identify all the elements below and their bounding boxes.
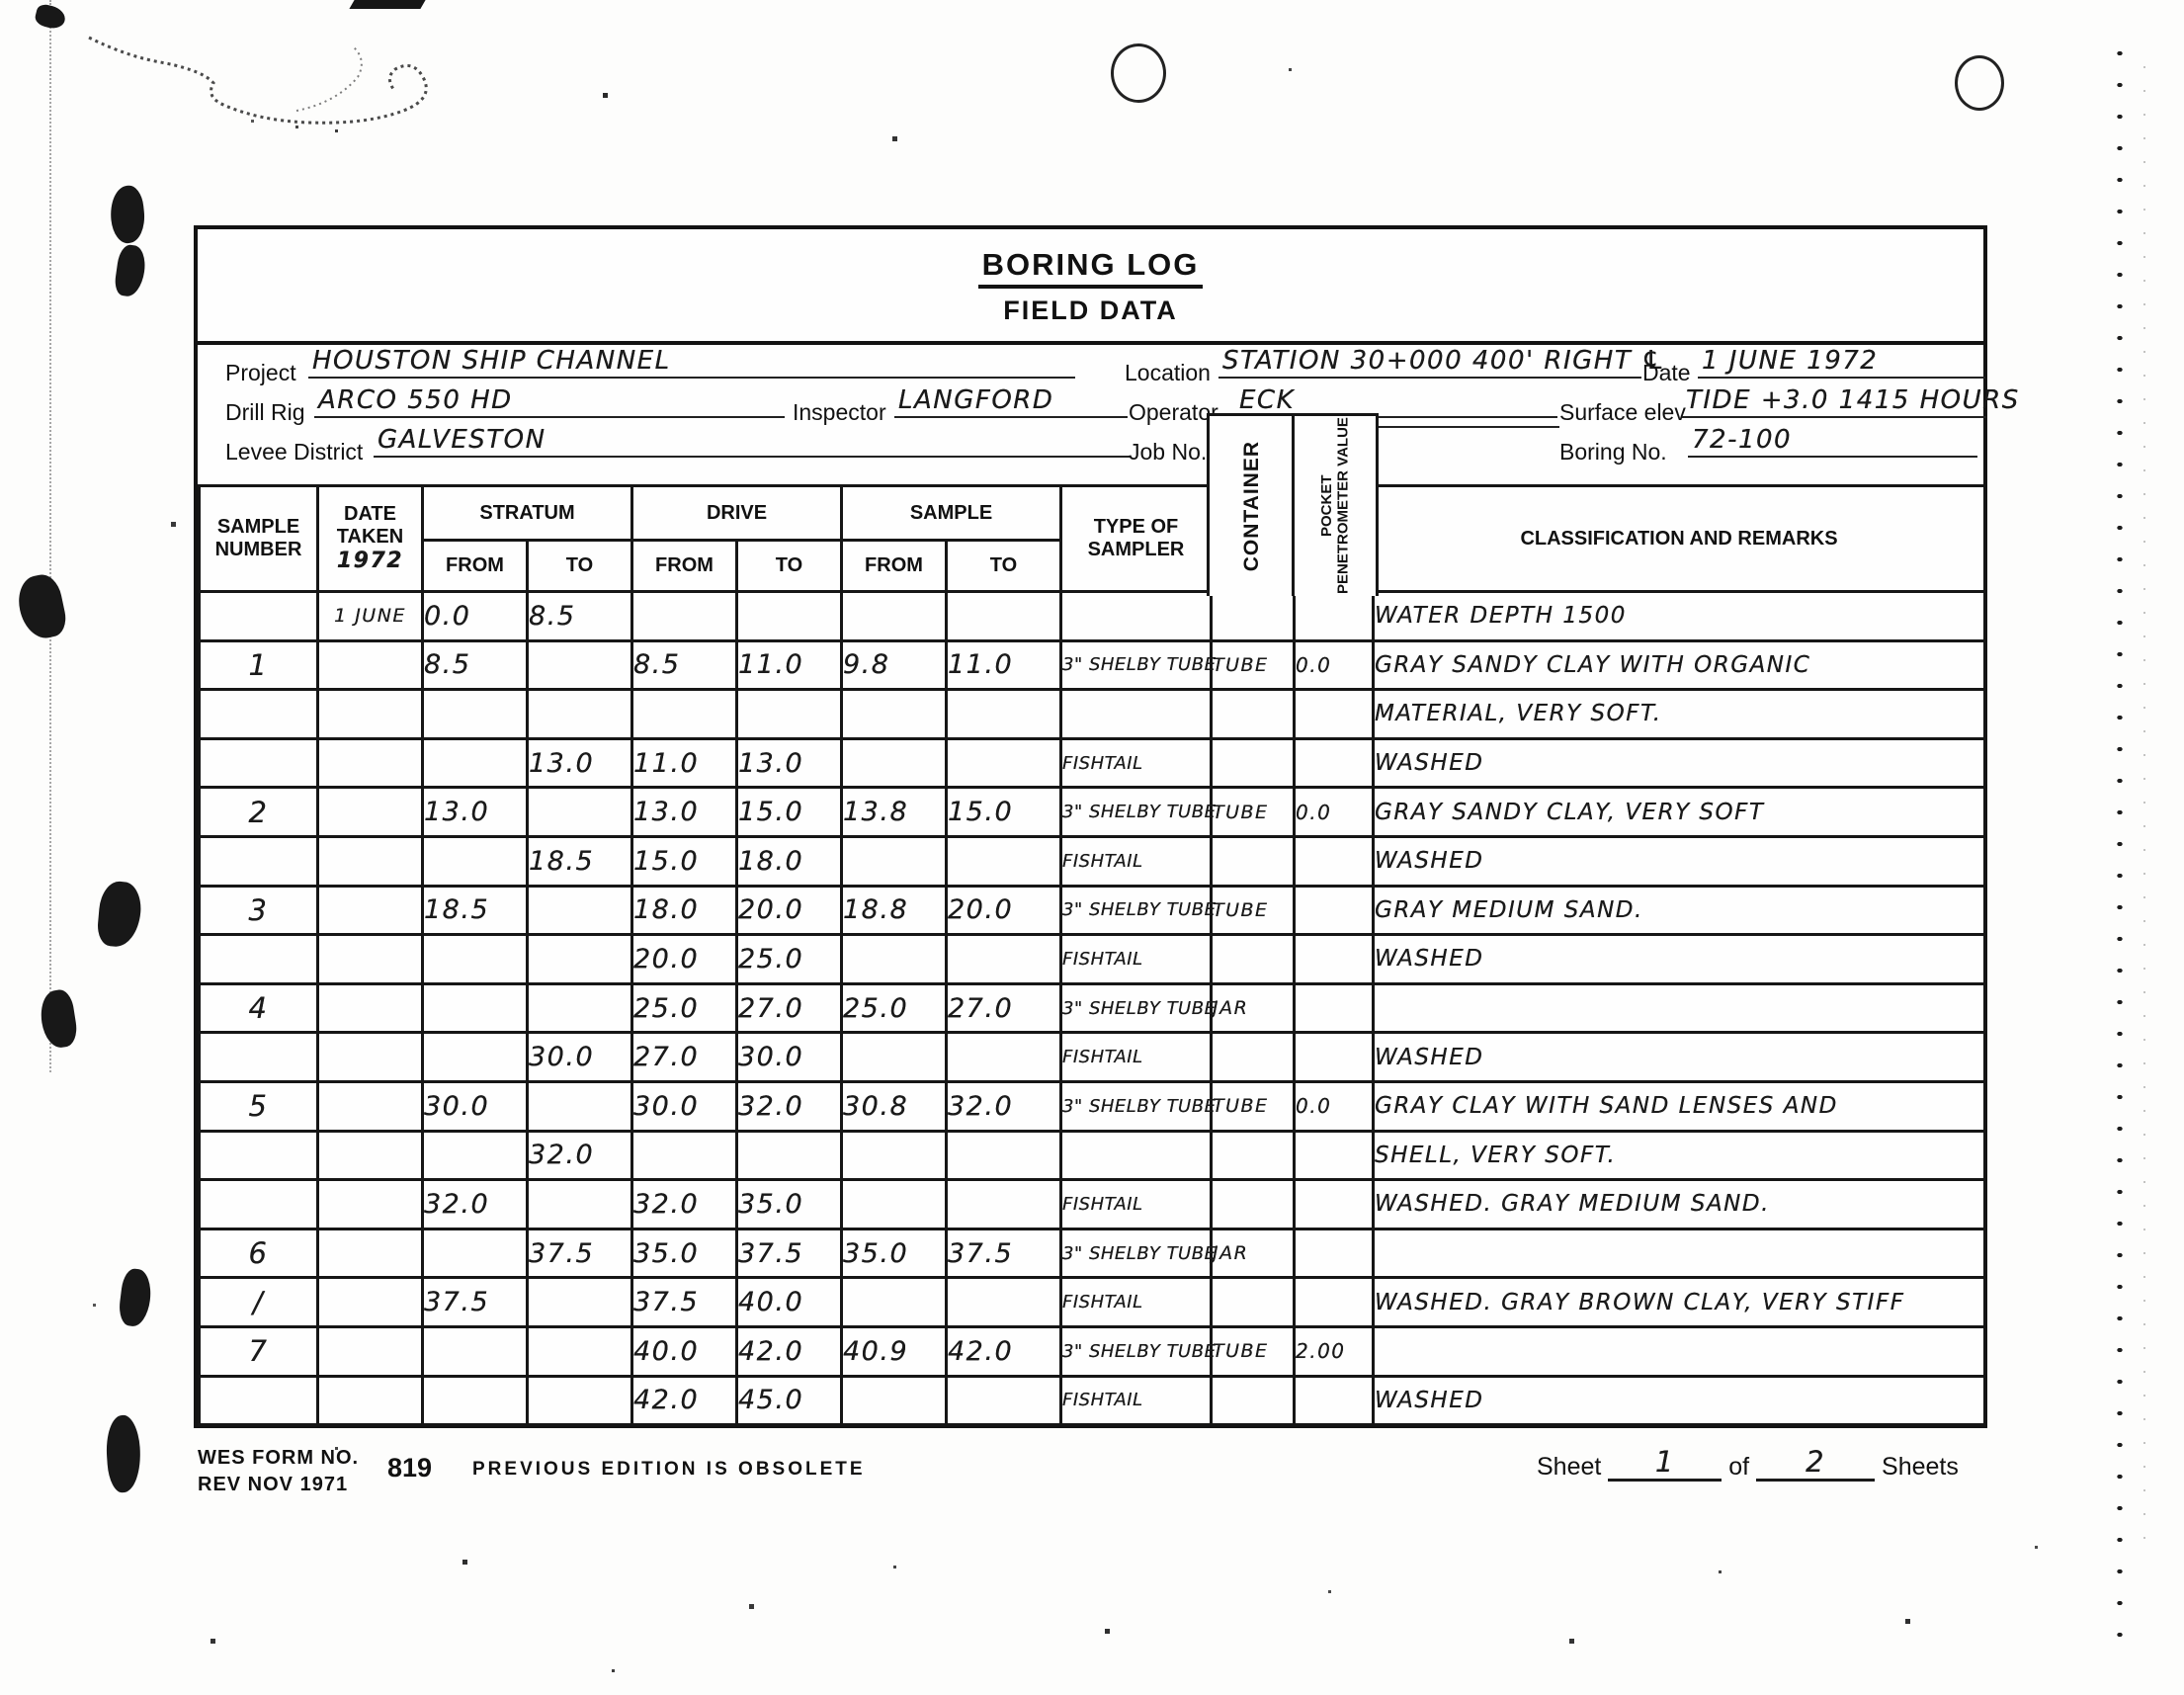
form-title: BORING LOG bbox=[978, 247, 1204, 289]
of-label: of bbox=[1728, 1453, 1749, 1482]
table-cell bbox=[423, 738, 528, 788]
table-cell bbox=[423, 690, 528, 739]
table-cell bbox=[200, 592, 318, 641]
table-cell bbox=[947, 1180, 1061, 1229]
table-cell: 13.0 bbox=[528, 738, 632, 788]
table-cell bbox=[1212, 1131, 1295, 1180]
table-cell bbox=[1295, 738, 1374, 788]
table-cell bbox=[1212, 1376, 1295, 1425]
table-cell bbox=[737, 690, 842, 739]
table-cell: 37.5 bbox=[423, 1278, 528, 1327]
table-cell: WASHED bbox=[1374, 935, 1985, 984]
table-cell: FISHTAIL bbox=[1061, 836, 1212, 886]
project-value: HOUSTON SHIP CHANNEL bbox=[308, 346, 1075, 379]
table-cell bbox=[423, 935, 528, 984]
table-cell bbox=[318, 983, 423, 1033]
header-stratum-to: TO bbox=[528, 541, 632, 592]
table-cell bbox=[200, 836, 318, 886]
levee-district-value: GALVESTON bbox=[374, 425, 1131, 458]
table-cell: FISHTAIL bbox=[1061, 1180, 1212, 1229]
table-cell bbox=[947, 592, 1061, 641]
ink-blot-artifact bbox=[114, 243, 148, 297]
table-row: 13.011.013.0FISHTAILWASHED bbox=[200, 738, 1985, 788]
table-cell: TUBE bbox=[1212, 886, 1295, 935]
header-drive: DRIVE bbox=[632, 486, 842, 541]
table-cell bbox=[842, 1376, 947, 1425]
table-cell: WASHED bbox=[1374, 1033, 1985, 1082]
sheet-count-block: Sheet 1 of 2 Sheets bbox=[1537, 1445, 1959, 1482]
table-cell: JAR bbox=[1212, 983, 1295, 1033]
sheet-number: 1 bbox=[1655, 1445, 1675, 1479]
table-cell bbox=[947, 836, 1061, 886]
table-cell: TUBE bbox=[1212, 1326, 1295, 1376]
table-cell: WASHED bbox=[1374, 738, 1985, 788]
form-number: 819 bbox=[387, 1453, 432, 1483]
table-cell bbox=[423, 1229, 528, 1278]
table-cell: TUBE bbox=[1212, 788, 1295, 837]
table-cell bbox=[200, 738, 318, 788]
table-cell: GRAY MEDIUM SAND. bbox=[1374, 886, 1985, 935]
table-cell: 30.0 bbox=[632, 1081, 737, 1131]
table-cell: 32.0 bbox=[423, 1180, 528, 1229]
table-row: 18.58.511.09.811.03" SHELBY TUBETUBE0.0G… bbox=[200, 640, 1985, 690]
table-cell: 45.0 bbox=[737, 1376, 842, 1425]
location-label: Location bbox=[1125, 360, 1211, 386]
header-classification: CLASSIFICATION AND REMARKS bbox=[1374, 486, 1985, 592]
table-cell: 30.0 bbox=[528, 1033, 632, 1082]
table-cell: 0.0 bbox=[1295, 1081, 1374, 1131]
table-cell: MATERIAL, VERY SOFT. bbox=[1374, 690, 1985, 739]
table-row: 30.027.030.0FISHTAILWASHED bbox=[200, 1033, 1985, 1082]
table-cell bbox=[1295, 1131, 1374, 1180]
ink-blot-artifact bbox=[118, 1267, 154, 1327]
table-cell: GRAY SANDY CLAY, VERY SOFT bbox=[1374, 788, 1985, 837]
header-sample-number: SAMPLE NUMBER bbox=[200, 486, 318, 592]
table-row: /37.537.540.0FISHTAILWASHED. GRAY BROWN … bbox=[200, 1278, 1985, 1327]
scanned-boring-log-page: BORING LOG FIELD DATA Project HOUSTON SH… bbox=[0, 0, 2184, 1695]
sheet-label: Sheet bbox=[1537, 1453, 1601, 1482]
wes-form-line1: WES FORM NO. bbox=[198, 1447, 359, 1469]
date-label: Date bbox=[1642, 360, 1691, 386]
header-sample-to: TO bbox=[947, 541, 1061, 592]
table-cell: 25.0 bbox=[842, 983, 947, 1033]
table-cell: 18.0 bbox=[737, 836, 842, 886]
table-cell: 2.00 bbox=[1295, 1326, 1374, 1376]
table-cell bbox=[528, 1326, 632, 1376]
table-cell bbox=[947, 1376, 1061, 1425]
sheets-total: 2 bbox=[1806, 1445, 1825, 1479]
scan-edge-mark bbox=[349, 0, 425, 9]
table-cell: 42.0 bbox=[737, 1326, 842, 1376]
table-cell bbox=[200, 935, 318, 984]
table-cell bbox=[318, 1180, 423, 1229]
table-cell: 27.0 bbox=[632, 1033, 737, 1082]
table-cell bbox=[318, 935, 423, 984]
table-row: 425.027.025.027.03" SHELBY TUBEJAR bbox=[200, 983, 1985, 1033]
table-cell bbox=[318, 1278, 423, 1327]
table-cell: 11.0 bbox=[632, 738, 737, 788]
table-cell bbox=[528, 1376, 632, 1425]
table-cell bbox=[1212, 935, 1295, 984]
table-cell: 3" SHELBY TUBE bbox=[1061, 1081, 1212, 1131]
table-cell bbox=[842, 836, 947, 886]
table-cell bbox=[842, 1180, 947, 1229]
table-cell: 1 JUNE bbox=[318, 592, 423, 641]
table-cell bbox=[842, 1131, 947, 1180]
table-cell bbox=[1295, 1376, 1374, 1425]
table-cell: 32.0 bbox=[632, 1180, 737, 1229]
table-cell: 20.0 bbox=[947, 886, 1061, 935]
header-drive-to: TO bbox=[737, 541, 842, 592]
header-container-box: CONTAINER bbox=[1207, 413, 1298, 596]
table-cell bbox=[1295, 836, 1374, 886]
table-cell: TUBE bbox=[1212, 640, 1295, 690]
table-cell bbox=[200, 1131, 318, 1180]
table-cell bbox=[1212, 1033, 1295, 1082]
header-date-taken-label: DATE TAKEN bbox=[337, 503, 403, 548]
table-cell: / bbox=[200, 1278, 318, 1327]
table-cell bbox=[318, 640, 423, 690]
table-cell bbox=[318, 836, 423, 886]
table-cell: 2 bbox=[200, 788, 318, 837]
table-cell: WATER DEPTH 1500 bbox=[1374, 592, 1985, 641]
boring-no-value: 72-100 bbox=[1688, 425, 1977, 458]
table-cell bbox=[318, 1033, 423, 1082]
table-cell bbox=[318, 1131, 423, 1180]
table-row: 20.025.0FISHTAILWASHED bbox=[200, 935, 1985, 984]
table-cell: GRAY CLAY WITH SAND LENSES AND bbox=[1374, 1081, 1985, 1131]
table-cell: 37.5 bbox=[737, 1229, 842, 1278]
table-cell bbox=[1295, 1229, 1374, 1278]
table-cell bbox=[1061, 592, 1212, 641]
table-cell: FISHTAIL bbox=[1061, 1278, 1212, 1327]
ink-blot-artifact bbox=[104, 1414, 142, 1493]
date-value: 1 JUNE 1972 bbox=[1698, 346, 1985, 379]
sheets-total-slot: 2 bbox=[1756, 1445, 1875, 1482]
table-cell: 13.0 bbox=[632, 788, 737, 837]
table-cell bbox=[528, 788, 632, 837]
form-subtitle: FIELD DATA bbox=[198, 296, 1983, 326]
table-cell bbox=[528, 1081, 632, 1131]
table-cell: 9.8 bbox=[842, 640, 947, 690]
table-cell: 37.5 bbox=[947, 1229, 1061, 1278]
table-cell bbox=[318, 690, 423, 739]
table-cell: 7 bbox=[200, 1326, 318, 1376]
table-cell: 18.5 bbox=[423, 886, 528, 935]
header-container: CONTAINER bbox=[1240, 441, 1263, 571]
table-cell bbox=[1295, 1278, 1374, 1327]
table-cell bbox=[1212, 690, 1295, 739]
table-cell: 30.0 bbox=[737, 1033, 842, 1082]
table-cell bbox=[318, 1081, 423, 1131]
table-cell: FISHTAIL bbox=[1061, 738, 1212, 788]
table-cell bbox=[632, 1131, 737, 1180]
table-cell bbox=[423, 836, 528, 886]
header-pocket-penetrometer-box: POCKET PENETROMETER VALUE bbox=[1292, 413, 1379, 596]
obsolete-note: PREVIOUS EDITION IS OBSOLETE bbox=[472, 1459, 866, 1481]
levee-district-label: Levee District bbox=[225, 439, 363, 466]
table-cell: FISHTAIL bbox=[1061, 935, 1212, 984]
table-cell bbox=[528, 935, 632, 984]
table-row: 1 JUNE0.08.5WATER DEPTH 1500 bbox=[200, 592, 1985, 641]
page-edge-line bbox=[49, 0, 51, 1072]
table-row: MATERIAL, VERY SOFT. bbox=[200, 690, 1985, 739]
table-cell: 0.0 bbox=[423, 592, 528, 641]
table-cell bbox=[1212, 836, 1295, 886]
table-cell bbox=[200, 1376, 318, 1425]
table-cell: 1 bbox=[200, 640, 318, 690]
table-cell bbox=[947, 1278, 1061, 1327]
binding-perforation-dots bbox=[2141, 59, 2148, 1542]
table-cell bbox=[1374, 1229, 1985, 1278]
table-row: 42.045.0FISHTAILWASHED bbox=[200, 1376, 1985, 1425]
ink-blot-artifact bbox=[14, 571, 69, 642]
table-cell bbox=[1295, 886, 1374, 935]
table-cell: 37.5 bbox=[632, 1278, 737, 1327]
table-cell bbox=[1295, 935, 1374, 984]
boring-log-table: SAMPLE NUMBER DATE TAKEN 1972 STRATUM DR… bbox=[198, 484, 1986, 1426]
table-cell: JAR bbox=[1212, 1229, 1295, 1278]
table-cell bbox=[528, 983, 632, 1033]
table-cell bbox=[318, 738, 423, 788]
table-cell: 13.8 bbox=[842, 788, 947, 837]
table-cell: 3" SHELBY TUBE bbox=[1061, 886, 1212, 935]
table-cell bbox=[947, 1131, 1061, 1180]
sheet-number-slot: 1 bbox=[1608, 1445, 1722, 1482]
table-cell: 30.8 bbox=[842, 1081, 947, 1131]
table-cell bbox=[1295, 690, 1374, 739]
table-cell bbox=[528, 1180, 632, 1229]
table-cell bbox=[842, 935, 947, 984]
table-cell: 35.0 bbox=[842, 1229, 947, 1278]
table-cell bbox=[842, 592, 947, 641]
table-cell bbox=[842, 1278, 947, 1327]
table-cell bbox=[200, 1033, 318, 1082]
location-value: STATION 30+000 400' RIGHT ℄ bbox=[1218, 346, 1641, 379]
table-cell bbox=[528, 1278, 632, 1327]
table-cell: 3" SHELBY TUBE bbox=[1061, 788, 1212, 837]
table-cell: 18.5 bbox=[528, 836, 632, 886]
table-cell: 13.0 bbox=[423, 788, 528, 837]
table-cell: 3 bbox=[200, 886, 318, 935]
table-row: 530.030.032.030.832.03" SHELBY TUBETUBE0… bbox=[200, 1081, 1985, 1131]
table-cell: 40.0 bbox=[737, 1278, 842, 1327]
table-cell bbox=[1295, 1033, 1374, 1082]
table-row: 318.518.020.018.820.03" SHELBY TUBETUBEG… bbox=[200, 886, 1985, 935]
table-cell: 25.0 bbox=[632, 983, 737, 1033]
table-cell: WASHED bbox=[1374, 836, 1985, 886]
wes-form-number-block: WES FORM NO. REV NOV 1971 bbox=[198, 1445, 359, 1498]
sheets-label: Sheets bbox=[1882, 1453, 1959, 1482]
header-date-taken: DATE TAKEN 1972 bbox=[318, 486, 423, 592]
table-cell: WASHED bbox=[1374, 1376, 1985, 1425]
table-cell: 27.0 bbox=[737, 983, 842, 1033]
table-cell bbox=[423, 1326, 528, 1376]
header-sample: SAMPLE bbox=[842, 486, 1061, 541]
table-cell: 3" SHELBY TUBE bbox=[1061, 1326, 1212, 1376]
scan-noise-specks bbox=[0, 0, 1, 1]
surface-elev-label: Surface elev bbox=[1559, 399, 1686, 426]
table-cell bbox=[200, 690, 318, 739]
table-cell bbox=[318, 788, 423, 837]
table-cell bbox=[1212, 738, 1295, 788]
table-cell: 42.0 bbox=[947, 1326, 1061, 1376]
header-sample-from: FROM bbox=[842, 541, 947, 592]
table-cell bbox=[200, 1180, 318, 1229]
table-cell bbox=[632, 592, 737, 641]
table-cell: 15.0 bbox=[632, 836, 737, 886]
table-cell bbox=[528, 640, 632, 690]
table-cell bbox=[737, 1131, 842, 1180]
ink-blot-artifact bbox=[38, 988, 80, 1051]
table-cell bbox=[1212, 1180, 1295, 1229]
header-type-of-sampler: TYPE OF SAMPLER bbox=[1061, 486, 1212, 592]
header-pocket-penetrometer: POCKET PENETROMETER VALUE bbox=[1319, 416, 1352, 596]
table-cell bbox=[1295, 983, 1374, 1033]
table-cell: 18.0 bbox=[632, 886, 737, 935]
table-cell bbox=[1212, 592, 1295, 641]
table-cell bbox=[318, 886, 423, 935]
table-cell bbox=[1212, 1278, 1295, 1327]
torn-paper-artifact bbox=[0, 0, 474, 138]
table-cell: 20.0 bbox=[632, 935, 737, 984]
table-cell: 37.5 bbox=[528, 1229, 632, 1278]
table-cell bbox=[842, 738, 947, 788]
table-cell: WASHED. GRAY BROWN CLAY, VERY STIFF bbox=[1374, 1278, 1985, 1327]
job-no-label: Job No. bbox=[1129, 439, 1207, 466]
table-cell bbox=[737, 592, 842, 641]
table-cell: 8.5 bbox=[423, 640, 528, 690]
ink-blot-artifact bbox=[108, 184, 147, 244]
table-cell bbox=[1295, 592, 1374, 641]
header-drive-from: FROM bbox=[632, 541, 737, 592]
table-cell bbox=[842, 1033, 947, 1082]
table-body: 1 JUNE0.08.5WATER DEPTH 150018.58.511.09… bbox=[200, 592, 1985, 1425]
header-stratum-from: FROM bbox=[423, 541, 528, 592]
table-cell bbox=[1374, 1326, 1985, 1376]
table-row: 32.0SHELL, VERY SOFT. bbox=[200, 1131, 1985, 1180]
table-cell: 15.0 bbox=[947, 788, 1061, 837]
table-cell: 42.0 bbox=[632, 1376, 737, 1425]
table-cell: 20.0 bbox=[737, 886, 842, 935]
table-cell bbox=[318, 1326, 423, 1376]
table-row: 740.042.040.942.03" SHELBY TUBETUBE2.00 bbox=[200, 1326, 1985, 1376]
wes-form-line2: REV NOV 1971 bbox=[198, 1474, 348, 1495]
table-cell: 3" SHELBY TUBE bbox=[1061, 983, 1212, 1033]
table-cell: 27.0 bbox=[947, 983, 1061, 1033]
table-cell bbox=[1374, 983, 1985, 1033]
table-cell: GRAY SANDY CLAY WITH ORGANIC bbox=[1374, 640, 1985, 690]
table-cell: SHELL, VERY SOFT. bbox=[1374, 1131, 1985, 1180]
table-cell: 32.0 bbox=[737, 1081, 842, 1131]
table-cell: 35.0 bbox=[632, 1229, 737, 1278]
table-cell: 30.0 bbox=[423, 1081, 528, 1131]
boring-log-form: BORING LOG FIELD DATA Project HOUSTON SH… bbox=[194, 225, 1987, 1428]
table-cell: 0.0 bbox=[1295, 788, 1374, 837]
table-row: 18.515.018.0FISHTAILWASHED bbox=[200, 836, 1985, 886]
table-cell bbox=[842, 690, 947, 739]
table-cell: 15.0 bbox=[737, 788, 842, 837]
drill-rig-value: ARCO 550 HD bbox=[314, 385, 785, 418]
drill-rig-label: Drill Rig bbox=[225, 399, 305, 426]
project-label: Project bbox=[225, 360, 296, 386]
table-cell: 25.0 bbox=[737, 935, 842, 984]
table-cell: 35.0 bbox=[737, 1180, 842, 1229]
table-cell: 0.0 bbox=[1295, 640, 1374, 690]
inspector-value: LANGFORD bbox=[894, 385, 1128, 418]
table-cell: 40.0 bbox=[632, 1326, 737, 1376]
table-row: 32.032.035.0FISHTAILWASHED. GRAY MEDIUM … bbox=[200, 1180, 1985, 1229]
table-cell: 32.0 bbox=[947, 1081, 1061, 1131]
table-cell: 3" SHELBY TUBE bbox=[1061, 640, 1212, 690]
table-cell: 8.5 bbox=[632, 640, 737, 690]
table-cell: TUBE bbox=[1212, 1081, 1295, 1131]
table-cell bbox=[947, 738, 1061, 788]
table-cell bbox=[632, 690, 737, 739]
table-cell bbox=[528, 886, 632, 935]
table-cell: 8.5 bbox=[528, 592, 632, 641]
table-cell bbox=[423, 983, 528, 1033]
table-cell bbox=[1061, 1131, 1212, 1180]
ink-blot-artifact bbox=[96, 880, 143, 948]
boring-no-label: Boring No. bbox=[1559, 439, 1667, 466]
punch-hole bbox=[1111, 43, 1166, 103]
table-cell: 4 bbox=[200, 983, 318, 1033]
table-cell bbox=[423, 1131, 528, 1180]
table-cell bbox=[318, 1376, 423, 1425]
table-row: 213.013.015.013.815.03" SHELBY TUBETUBE0… bbox=[200, 788, 1985, 837]
inspector-label: Inspector bbox=[793, 399, 886, 426]
table-cell: 40.9 bbox=[842, 1326, 947, 1376]
table-cell bbox=[528, 690, 632, 739]
table-cell: WASHED. GRAY MEDIUM SAND. bbox=[1374, 1180, 1985, 1229]
table-cell bbox=[947, 935, 1061, 984]
table-cell bbox=[423, 1033, 528, 1082]
table-cell: FISHTAIL bbox=[1061, 1376, 1212, 1425]
table-cell bbox=[318, 1229, 423, 1278]
table-cell bbox=[947, 1033, 1061, 1082]
table-cell: 11.0 bbox=[737, 640, 842, 690]
table-cell: FISHTAIL bbox=[1061, 1033, 1212, 1082]
table-cell: 6 bbox=[200, 1229, 318, 1278]
table-cell bbox=[423, 1376, 528, 1425]
table-cell: 32.0 bbox=[528, 1131, 632, 1180]
table-cell: 3" SHELBY TUBE bbox=[1061, 1229, 1212, 1278]
form-title-block: BORING LOG FIELD DATA bbox=[198, 229, 1983, 345]
surface-elev-value: TIDE +3.0 1415 HOURS bbox=[1682, 385, 1986, 418]
binding-perforation-dots bbox=[2111, 40, 2129, 1660]
table-cell bbox=[1061, 690, 1212, 739]
table-cell: 5 bbox=[200, 1081, 318, 1131]
header-date-taken-year: 1972 bbox=[337, 549, 403, 573]
table-cell: 11.0 bbox=[947, 640, 1061, 690]
table-cell bbox=[1295, 1180, 1374, 1229]
table-cell: 13.0 bbox=[737, 738, 842, 788]
punch-hole bbox=[1955, 55, 2004, 111]
header-stratum: STRATUM bbox=[423, 486, 632, 541]
table-cell: 18.8 bbox=[842, 886, 947, 935]
table-row: 637.535.037.535.037.53" SHELBY TUBEJAR bbox=[200, 1229, 1985, 1278]
operator-label: Operator bbox=[1129, 399, 1218, 426]
table-cell bbox=[947, 690, 1061, 739]
